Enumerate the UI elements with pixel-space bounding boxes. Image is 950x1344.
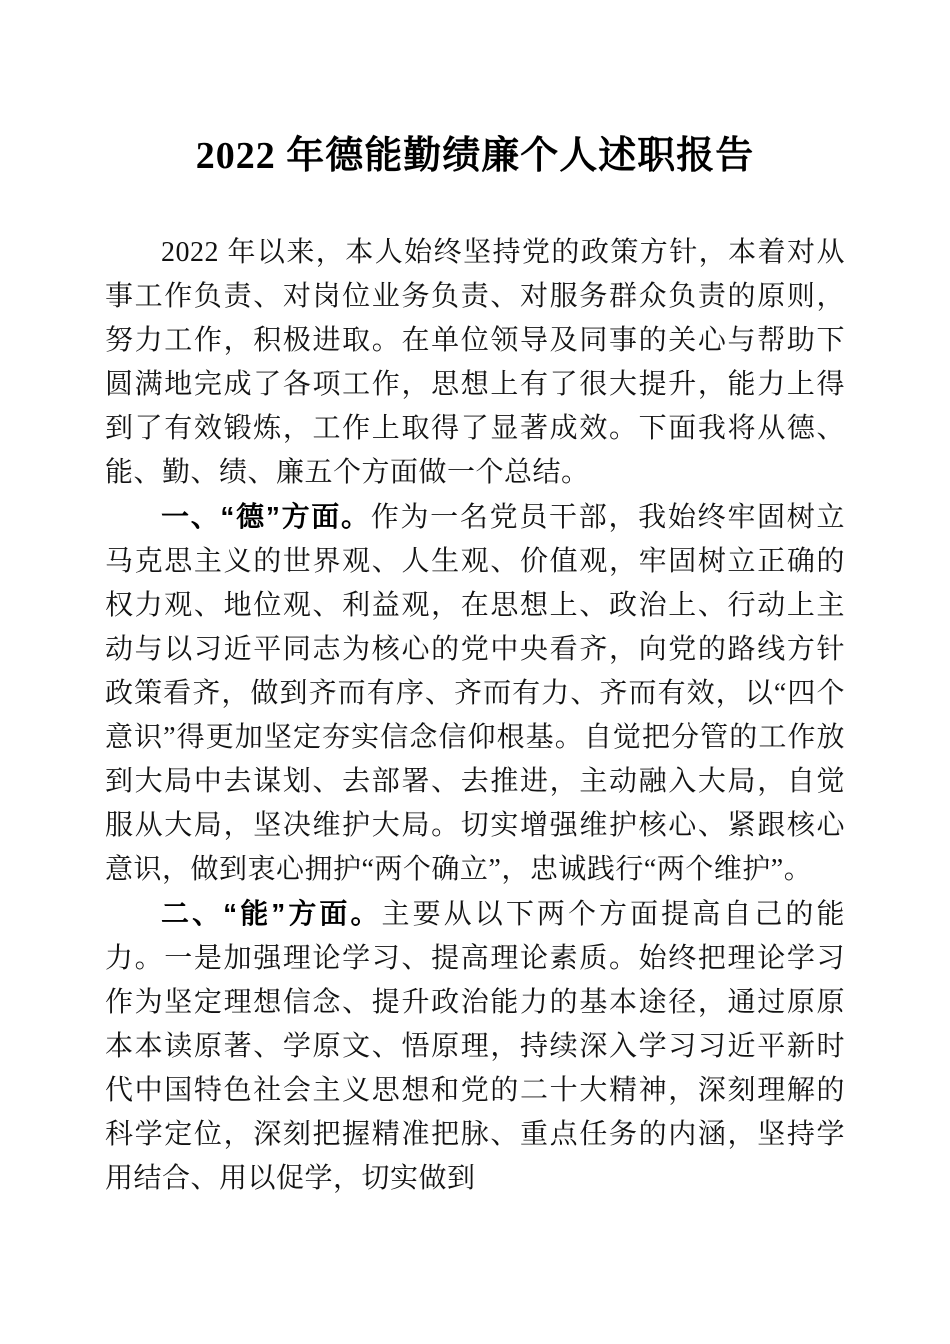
document-title: 2022 年德能勤绩廉个人述职报告 (105, 132, 845, 180)
document-page: 2022 年德能勤绩廉个人述职报告 2022 年以来，本人始终坚持党的政策方针，… (0, 0, 950, 1344)
paragraph-intro-text: 2022 年以来，本人始终坚持党的政策方针，本着对从事工作负责、对岗位业务负责、… (105, 237, 845, 488)
paragraph-neng-text: 主要从以下两个方面提高自己的能力。一是加强理论学习、提高理论素质。始终把理论学习… (105, 899, 845, 1194)
paragraph-neng-heading: 二、“能”方面。 (161, 898, 382, 929)
paragraph-neng-section: 二、“能”方面。主要从以下两个方面提高自己的能力。一是加强理论学习、提高理论素质… (105, 892, 845, 1201)
paragraph-intro: 2022 年以来，本人始终坚持党的政策方针，本着对从事工作负责、对岗位业务负责、… (105, 230, 845, 495)
paragraph-de-section: 一、“德”方面。作为一名党员干部，我始终牢固树立马克思主义的世界观、人生观、价值… (105, 495, 845, 892)
paragraph-de-text: 作为一名党员干部，我始终牢固树立马克思主义的世界观、人生观、价值观，牢固树立正确… (105, 502, 845, 885)
paragraph-de-heading: 一、“德”方面。 (161, 501, 371, 532)
